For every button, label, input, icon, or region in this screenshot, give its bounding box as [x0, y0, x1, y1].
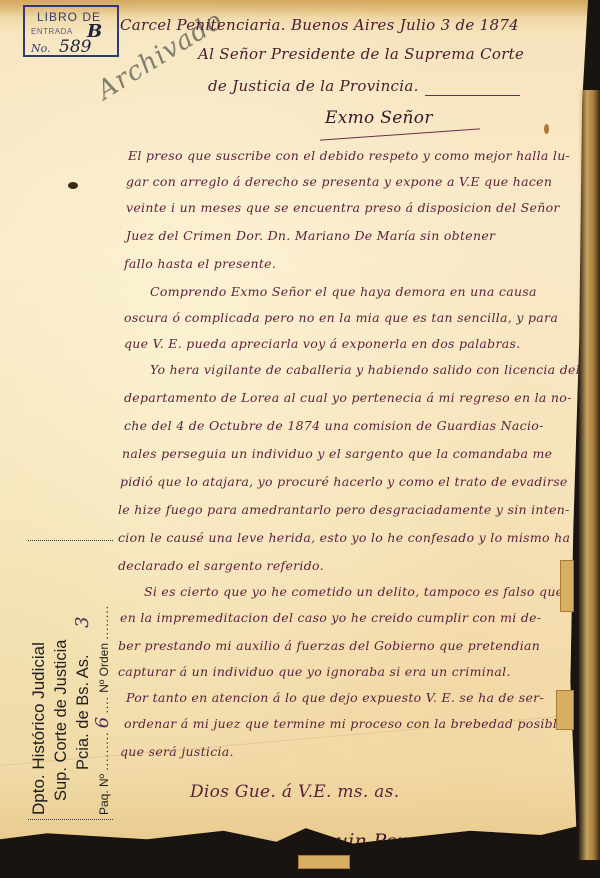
body-line-2: gar con arreglo á derecho se presenta y … [126, 174, 552, 189]
body-line-1: El preso que suscribe con el debido resp… [128, 148, 570, 163]
addressee-line-2: de Justicia de la Provincia. [208, 77, 419, 95]
body-line-22: ordenar á mi juez que termine mi proceso… [124, 716, 565, 731]
body-line-18: en la impremeditacion del caso yo he cre… [120, 610, 541, 625]
entry-register-stamp: LIBRO DE ENTRADA B No. 589 [23, 5, 119, 57]
ink-stain-spot [544, 124, 549, 134]
body-line-11: che del 4 de Octubre de 1874 una comisio… [124, 418, 544, 433]
salutation: Exmo Señor [325, 108, 433, 128]
archive-stamp-line-4: Paq. Nº ......... 6 .... Nº Orden ......… [94, 545, 113, 815]
body-line-15: cion le causé una leve herida, esto yo l… [118, 530, 570, 545]
place-date-line: Carcel Penitenciaria. Buenos Aires Julio… [120, 16, 519, 34]
body-line-10: departamento de Lorea al cual yo pertene… [124, 390, 572, 405]
body-line-9: Yo hera vigilante de caballeria y habien… [150, 362, 580, 377]
stamp-line-entrada: ENTRADA [31, 27, 73, 36]
body-line-5: fallo hasta el presente. [124, 256, 276, 271]
folded-right-edge [578, 90, 600, 860]
archive-stamp-line-1: Dpto. Histórico Judicial [28, 545, 50, 815]
body-line-19: ber prestando mi auxilio á fuerzas del G… [118, 638, 540, 653]
body-line-17: Si es cierto que yo he cometido un delit… [144, 584, 563, 599]
document-page: LIBRO DE ENTRADA B No. 589 Archivado Car… [0, 0, 588, 852]
stamp-number-label: No. [31, 42, 51, 55]
archive-stamp-line-2: Sup. Corte de Justicia [50, 545, 72, 815]
body-line-13: pidió que lo atajara, yo procuré hacerlo… [120, 474, 568, 489]
body-line-8: que V. E. pueda apreciarla voy á exponer… [124, 336, 520, 351]
paper-hole-spot [68, 182, 78, 189]
header-underline [425, 95, 520, 96]
archive-stamp-province: Pcia. de Bs. As. [74, 654, 92, 770]
archive-stamp-orden-label: Nº Orden [97, 643, 111, 693]
archive-department-stamp: Dpto. Histórico Judicial Sup. Corte de J… [28, 540, 113, 820]
archive-stamp-dots: ......... [97, 732, 111, 771]
paper-tab-piece [298, 855, 350, 869]
archive-stamp-handwritten-number: 3 [72, 616, 93, 627]
signature: Joaquin Perez [292, 830, 429, 852]
paper-tab-piece [556, 690, 574, 730]
archive-stamp-dots: ........ [97, 605, 111, 640]
body-line-14: le hize fuego para amedrantarlo pero des… [118, 502, 570, 517]
body-line-20: capturar á un individuo que yo ignoraba … [118, 664, 511, 679]
body-line-4: Juez del Crimen Dor. Dn. Mariano De Marí… [126, 228, 495, 243]
body-line-16: declarado el sargento referido. [118, 558, 324, 573]
paper-tab-piece [560, 560, 574, 612]
addressee-line-1: Al Señor Presidente de la Suprema Corte [198, 45, 524, 63]
body-line-23: que será justicia. [120, 744, 234, 759]
salutation-underline [320, 128, 480, 140]
body-line-12: nales perseguia un individuo y el sargen… [122, 446, 552, 461]
stamp-number: 589 [59, 37, 91, 57]
body-line-3: veinte i un meses que se encuentra preso… [126, 200, 560, 215]
archive-stamp-line-3: Pcia. de Bs. As. 3 [72, 545, 94, 815]
archive-stamp-paq-label: Paq. Nº [97, 774, 111, 815]
body-line-21: Por tanto en atencion á lo que dejo expu… [126, 690, 544, 705]
archive-stamp-paq-value: 6 [92, 717, 113, 728]
body-line-7: oscura ó complicada pero no en la mia qu… [124, 310, 558, 325]
body-line-6: Comprendo Exmo Señor el que haya demora … [150, 284, 537, 299]
archive-stamp-dots: .... [97, 696, 111, 713]
closing-formula: Dios Gue. á V.E. ms. as. [190, 782, 399, 802]
